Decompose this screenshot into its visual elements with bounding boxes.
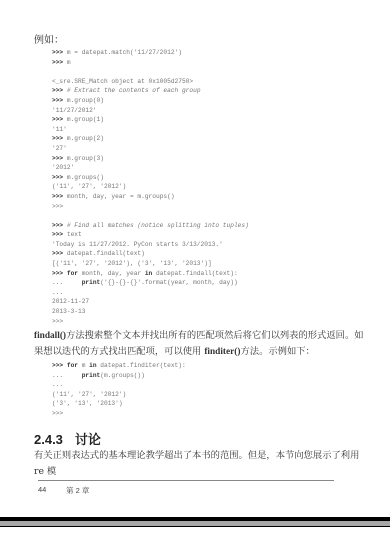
code-line: >>> m = datepat.match('11/27/2012') xyxy=(52,48,249,58)
code-line: >>> for month, day, year in datepat.find… xyxy=(52,269,249,279)
code-line: ... print('{}-{}-{}'.format(year, month,… xyxy=(52,278,249,288)
code-line: >>> m.group(2) xyxy=(52,134,249,144)
page-number: 44 xyxy=(38,485,46,494)
code-line: >>> xyxy=(52,202,249,212)
code-block-1: >>> m = datepat.match('11/27/2012')>>> m… xyxy=(52,48,249,326)
code-line: >>> m.group(1) xyxy=(52,115,249,125)
code-line: ... xyxy=(52,288,249,298)
code-line: '2012' xyxy=(52,163,249,173)
code-line xyxy=(52,211,249,221)
code-line: >>> m.group(3) xyxy=(52,154,249,164)
code-line: '11' xyxy=(52,125,249,135)
section-title: 讨论 xyxy=(75,432,101,447)
code-line: '27' xyxy=(52,144,249,154)
code-line: >>> m xyxy=(52,58,249,68)
code-block-2: >>> for m in datepat.finditer(text):... … xyxy=(52,361,186,419)
bottom-border-line xyxy=(0,526,390,527)
code-line: ... xyxy=(52,380,186,390)
finditer-method: finditer() xyxy=(204,347,240,357)
code-line: >>> xyxy=(52,409,186,419)
code-line: >>> # Find all matches (notice splitting… xyxy=(52,221,249,231)
code-line: ... print(m.groups()) xyxy=(52,371,186,381)
code-line: 2013-3-13 xyxy=(52,307,249,317)
code-line: >>> text xyxy=(52,230,249,240)
section-heading: 2.4.3讨论 xyxy=(34,429,101,448)
code-line: ('11', '27', '2012') xyxy=(52,182,249,192)
code-line: >>> month, day, year = m.groups() xyxy=(52,192,249,202)
code-line xyxy=(52,67,249,77)
code-line: 'Today is 11/27/2012. PyCon starts 3/13/… xyxy=(52,240,249,250)
code-line: >>> for m in datepat.finditer(text): xyxy=(52,361,186,371)
footer-divider xyxy=(38,480,334,481)
intro-text: 例如： xyxy=(34,31,64,46)
code-line: '11/27/2012' xyxy=(52,106,249,116)
code-line: >>> xyxy=(52,317,249,327)
chapter-label: 第 2 章 xyxy=(66,485,89,496)
code-line: ('3', '13', '2013') xyxy=(52,399,186,409)
code-line: [('11', '27', '2012'), ('3', '13', '2013… xyxy=(52,259,249,269)
findall-method: findall() xyxy=(34,331,66,341)
code-line: ('11', '27', '2012') xyxy=(52,390,186,400)
code-line: >>> datepat.findall(text) xyxy=(52,249,249,259)
section-number: 2.4.3 xyxy=(34,432,63,447)
code-line: 2012-11-27 xyxy=(52,297,249,307)
paragraph-findall: findall()方法搜索整个文本并找出所有的匹配项然后将它们以列表的形式返回。… xyxy=(34,328,364,360)
paragraph-discussion: 有关正则表达式的基本理论教学超出了本书的范围。但是，本节向您展示了利用 re 模 xyxy=(34,448,364,480)
code-line: >>> # Extract the contents of each group xyxy=(52,86,249,96)
code-line: <_sre.SRE_Match object at 0x1005d2750> xyxy=(52,77,249,87)
paragraph-findall-tail: 方法。示例如下： xyxy=(240,346,314,357)
code-line: >>> m.groups() xyxy=(52,173,249,183)
code-line: >>> m.group(0) xyxy=(52,96,249,106)
